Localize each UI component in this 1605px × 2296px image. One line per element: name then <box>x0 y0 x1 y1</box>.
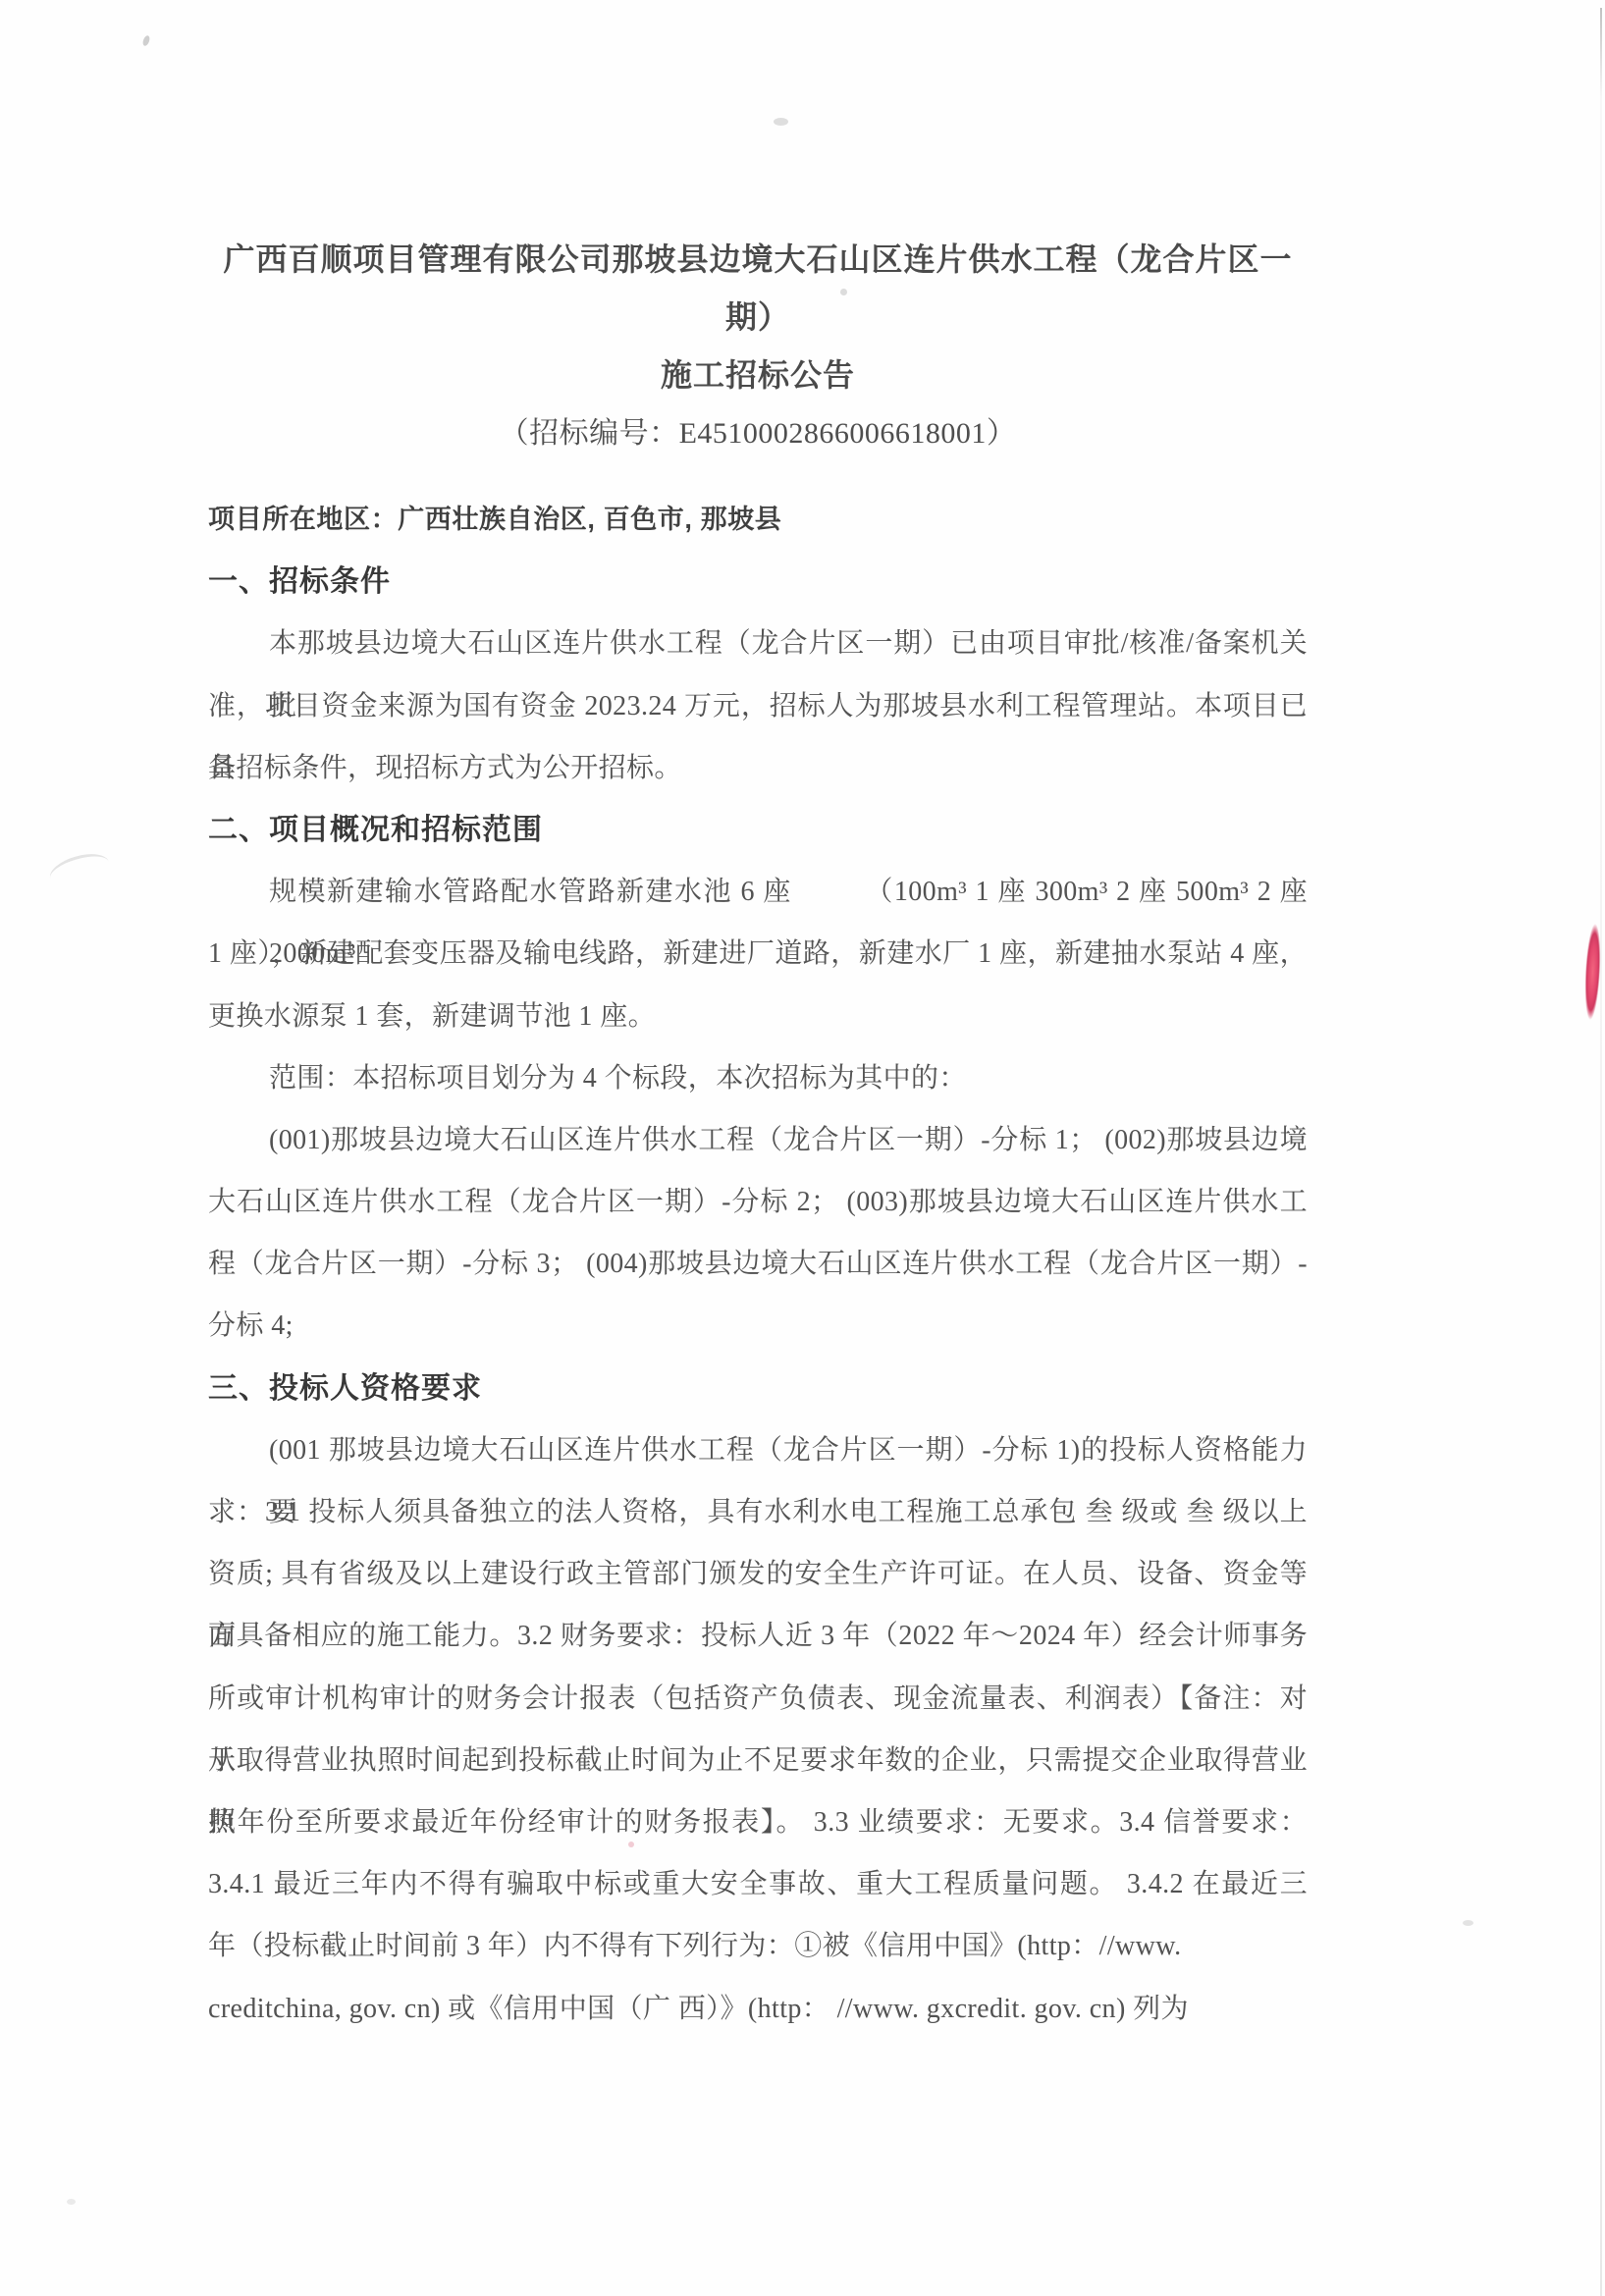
scan-speck <box>67 2199 76 2205</box>
body-line: 求：3.1 投标人须具备独立的法人资格，具有水利水电工程施工总承包 叁 级或 叁… <box>208 1481 1308 1543</box>
tender-number-line: （招标编号：E4510002866006618001） <box>208 404 1308 462</box>
scan-speck <box>628 1842 634 1847</box>
scan-speck <box>774 118 788 126</box>
section-3-heading: 三、投标人资格要求 <box>208 1358 1308 1419</box>
body-line: 分标 4; <box>208 1295 1308 1357</box>
document-title-block: 广西百顺项目管理有限公司那坡县边境大石山区连片供水工程（龙合片区一期） 施工招标… <box>208 231 1308 462</box>
scan-smudge <box>46 848 113 892</box>
body-line: 所或审计机构审计的财务会计报表（包括资产负债表、现金流量表、利润表）【备注：对于 <box>208 1668 1308 1730</box>
section-2-heading: 二、项目概况和招标范围 <box>208 799 1308 861</box>
section-1-heading: 一、招标条件 <box>208 551 1308 613</box>
body-line: (001 那坡县边境大石山区连片供水工程（龙合片区一期）-分标 1)的投标人资格… <box>208 1419 1308 1481</box>
body-line: creditchina, gov. cn) 或《信用中国（广 西）》(http：… <box>208 1978 1308 2040</box>
body-line: 更换水源泵 1 套，新建调节池 1 座。 <box>208 986 1308 1047</box>
body-line: 备招标条件，现招标方式为公开招标。 <box>208 737 1308 799</box>
scan-speck <box>141 34 150 46</box>
body-line: 1 座），新建配套变压器及输电线路，新建进厂道路，新建水厂 1 座，新建抽水泵站… <box>208 923 1308 985</box>
body-line: 资质; 具有省级及以上建设行政主管部门颁发的安全生产许可证。在人员、设备、资金等… <box>208 1543 1308 1605</box>
scan-page-edge-line <box>1600 8 1602 2296</box>
body-line: (001)那坡县边境大石山区连片供水工程（龙合片区一期）-分标 1； (002)… <box>208 1109 1308 1171</box>
body-line: 面具备相应的施工能力。3.2 财务要求：投标人近 3 年（2022 年～2024… <box>208 1605 1308 1667</box>
project-location-line: 项目所在地区：广西壮族自治区, 百色市, 那坡县 <box>208 489 1308 551</box>
scan-speck <box>1463 1920 1473 1926</box>
body-line: 从取得营业执照时间起到投标截止时间为止不足要求年数的企业，只需提交企业取得营业执 <box>208 1730 1308 1791</box>
document-title-line-1: 广西百顺项目管理有限公司那坡县边境大石山区连片供水工程（龙合片区一期） <box>208 231 1308 347</box>
body-line: 准，项目资金来源为国有资金 2023.24 万元，招标人为那坡县水利工程管理站。… <box>208 675 1308 737</box>
body-line: 照年份至所要求最近年份经审计的财务报表】。 3.3 业绩要求：无要求。3.4 信… <box>208 1791 1308 1853</box>
body-line: 大石山区连片供水工程（龙合片区一期）-分标 2； (003)那坡县边境大石山区连… <box>208 1171 1308 1233</box>
body-line: 程（龙合片区一期）-分标 3； (004)那坡县边境大石山区连片供水工程（龙合片… <box>208 1233 1308 1295</box>
body-line: 范围：本招标项目划分为 4 个标段，本次招标为其中的： <box>208 1047 1308 1109</box>
document-body: 项目所在地区：广西壮族自治区, 百色市, 那坡县 一、招标条件 本那坡县边境大石… <box>208 489 1308 2040</box>
scanned-tender-announcement-page: 广西百顺项目管理有限公司那坡县边境大石山区连片供水工程（龙合片区一期） 施工招标… <box>0 0 1605 2296</box>
document-title-line-2: 施工招标公告 <box>208 347 1308 404</box>
body-line: 3.4.1 最近三年内不得有骗取中标或重大安全事故、重大工程质量问题。 3.4.… <box>208 1853 1308 1915</box>
body-line: 年（投标截止时间前 3 年）内不得有下列行为：①被《信用中国》(http：//w… <box>208 1915 1308 1977</box>
scan-speck <box>840 289 847 295</box>
body-line: 规模新建输水管路配水管路新建水池 6 座 （100m³ 1 座 300m³ 2 … <box>208 861 1308 923</box>
body-line: 本那坡县边境大石山区连片供水工程（龙合片区一期）已由项目审批/核准/备案机关批 <box>208 613 1308 674</box>
